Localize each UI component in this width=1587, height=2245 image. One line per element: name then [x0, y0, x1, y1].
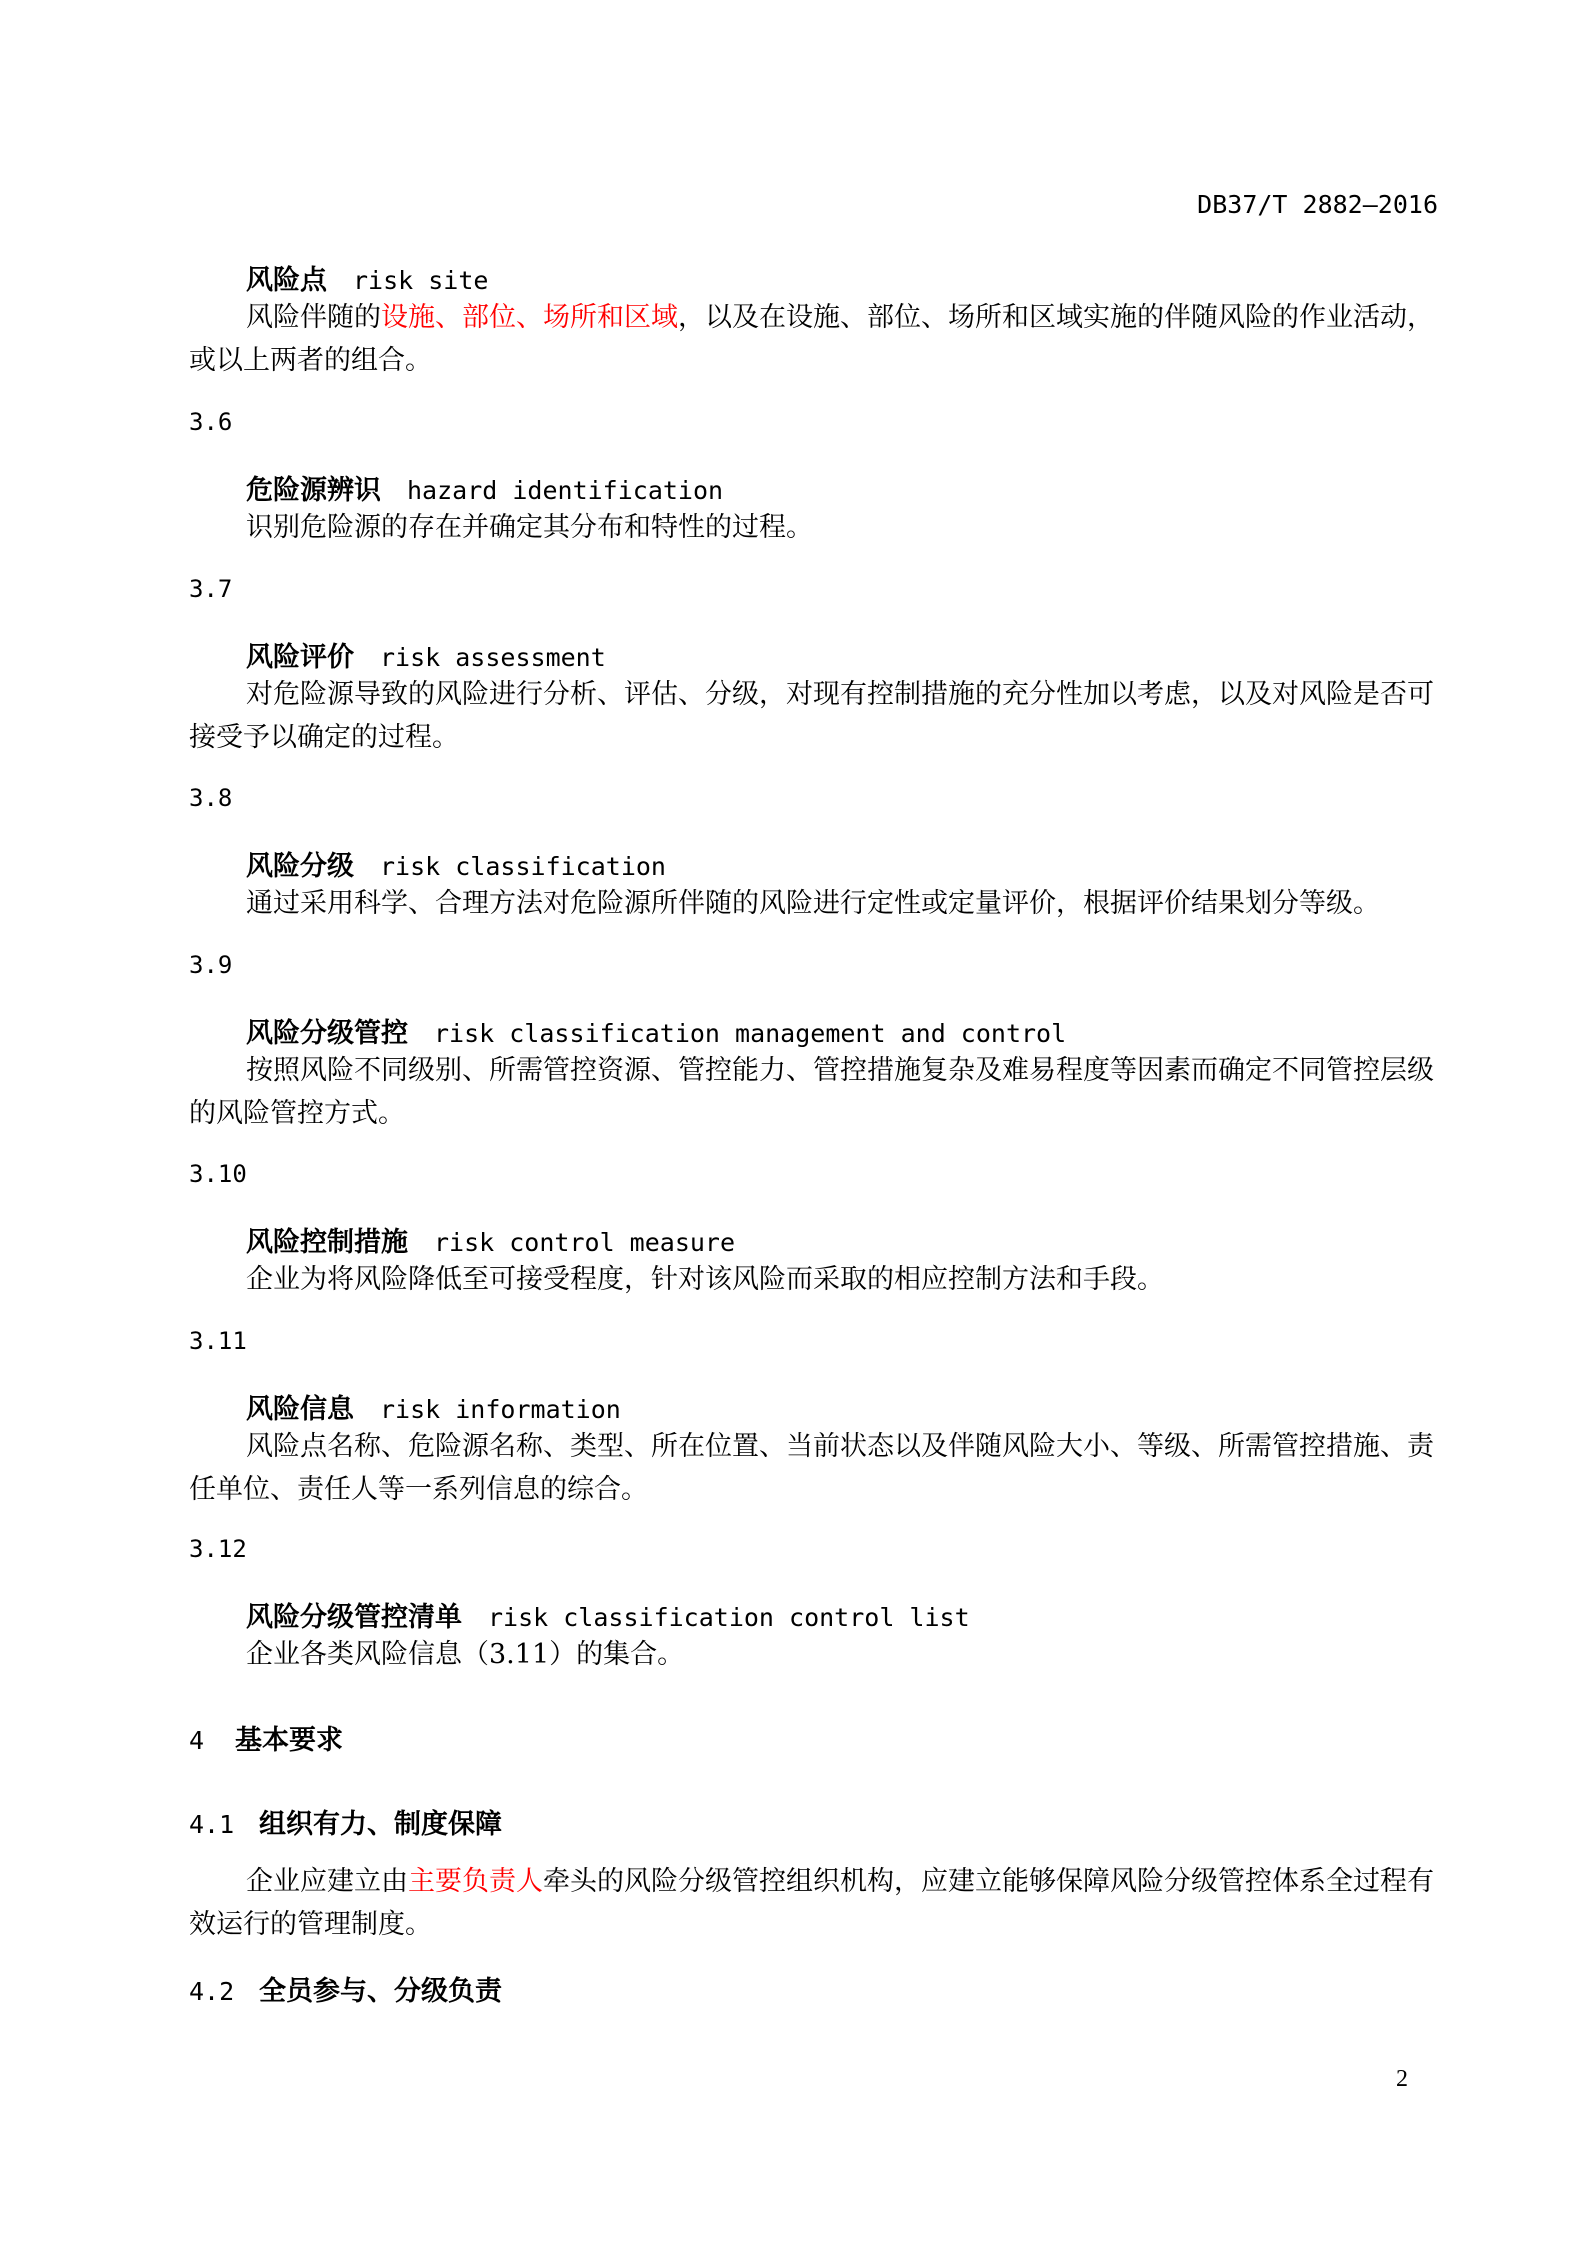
term-cn: 风险分级管控 [246, 1018, 408, 1049]
clause-number: 3.11 [189, 1327, 247, 1355]
term-cn: 危险源辨识 [246, 475, 381, 506]
term-risk-site: 风险点risk site [246, 258, 488, 297]
term-risk-classification: 风险分级risk classification [246, 844, 666, 883]
term-en: risk assessment [380, 643, 606, 672]
subsection-body: 企业应建立由主要负责人牵头的风险分级管控组织机构，应建立能够保障风险分级管控体系… [189, 1860, 1442, 1946]
section-number: 4 [189, 1726, 235, 1755]
term-en: risk site [353, 266, 488, 295]
term-definition: 企业为将风险降低至可接受程度，针对该风险而采取的相应控制方法和手段。 [189, 1258, 1442, 1301]
document-page: DB37/T 2882—2016 风险点risk site 风险伴随的设施、部位… [0, 0, 1587, 2245]
term-hazard-identification: 危险源辨识hazard identification [246, 468, 723, 507]
term-definition: 对危险源导致的风险进行分析、评估、分级，对现有控制措施的充分性加以考虑，以及对风… [189, 673, 1442, 759]
subsection-heading-4-1: 4.1组织有力、制度保障 [189, 1802, 502, 1841]
term-cn: 风险控制措施 [246, 1227, 408, 1258]
clause-number: 3.6 [189, 408, 232, 436]
highlighted-text: 设施、部位、场所和区域 [381, 302, 678, 333]
term-cn: 风险分级 [246, 851, 354, 882]
term-risk-control-measure: 风险控制措施risk control measure [246, 1220, 735, 1259]
term-definition: 识别危险源的存在并确定其分布和特性的过程。 [189, 506, 1442, 549]
subsection-number: 4.2 [189, 1977, 259, 2006]
term-cn: 风险点 [246, 265, 327, 296]
clause-number: 3.8 [189, 784, 232, 812]
body-text: 企业应建立由 [246, 1866, 408, 1897]
term-definition: 通过采用科学、合理方法对危险源所伴随的风险进行定性或定量评价，根据评价结果划分等… [189, 882, 1442, 925]
page-number: 2 [1396, 2066, 1408, 2093]
term-en: risk classification management and contr… [434, 1019, 1066, 1048]
term-definition: 风险伴随的设施、部位、场所和区域，以及在设施、部位、场所和区域实施的伴随风险的作… [189, 296, 1442, 382]
subsection-title: 全员参与、分级负责 [259, 1976, 502, 2007]
clause-number: 3.12 [189, 1535, 247, 1563]
term-definition: 企业各类风险信息（3.11）的集合。 [189, 1633, 1442, 1676]
term-definition: 风险点名称、危险源名称、类型、所在位置、当前状态以及伴随风险大小、等级、所需管控… [189, 1425, 1442, 1511]
subsection-number: 4.1 [189, 1810, 259, 1839]
subsection-title: 组织有力、制度保障 [259, 1809, 502, 1840]
term-cn: 风险评价 [246, 642, 354, 673]
clause-number: 3.7 [189, 575, 232, 603]
term-en: risk classification control list [488, 1603, 970, 1632]
standard-code: DB37/T 2882—2016 [1197, 190, 1438, 219]
clause-number: 3.10 [189, 1160, 247, 1188]
definition-text: 风险伴随的 [246, 302, 381, 333]
term-en: risk information [380, 1395, 621, 1424]
term-definition: 按照风险不同级别、所需管控资源、管控能力、管控措施复杂及难易程度等因素而确定不同… [189, 1049, 1442, 1135]
highlighted-text: 主要负责人 [408, 1866, 543, 1897]
term-cn: 风险信息 [246, 1394, 354, 1425]
term-risk-assessment: 风险评价risk assessment [246, 635, 606, 674]
term-en: hazard identification [407, 476, 723, 505]
term-cn: 风险分级管控清单 [246, 1602, 462, 1633]
term-risk-classification-control-list: 风险分级管控清单risk classification control list [246, 1595, 970, 1634]
term-en: risk classification [380, 852, 666, 881]
term-en: risk control measure [434, 1228, 735, 1257]
term-risk-information: 风险信息risk information [246, 1387, 621, 1426]
subsection-heading-4-2: 4.2全员参与、分级负责 [189, 1969, 502, 2008]
term-risk-classification-management: 风险分级管控risk classification management and… [246, 1011, 1066, 1050]
section-title: 基本要求 [235, 1725, 343, 1756]
section-heading-4: 4基本要求 [189, 1718, 343, 1757]
clause-number: 3.9 [189, 951, 232, 979]
